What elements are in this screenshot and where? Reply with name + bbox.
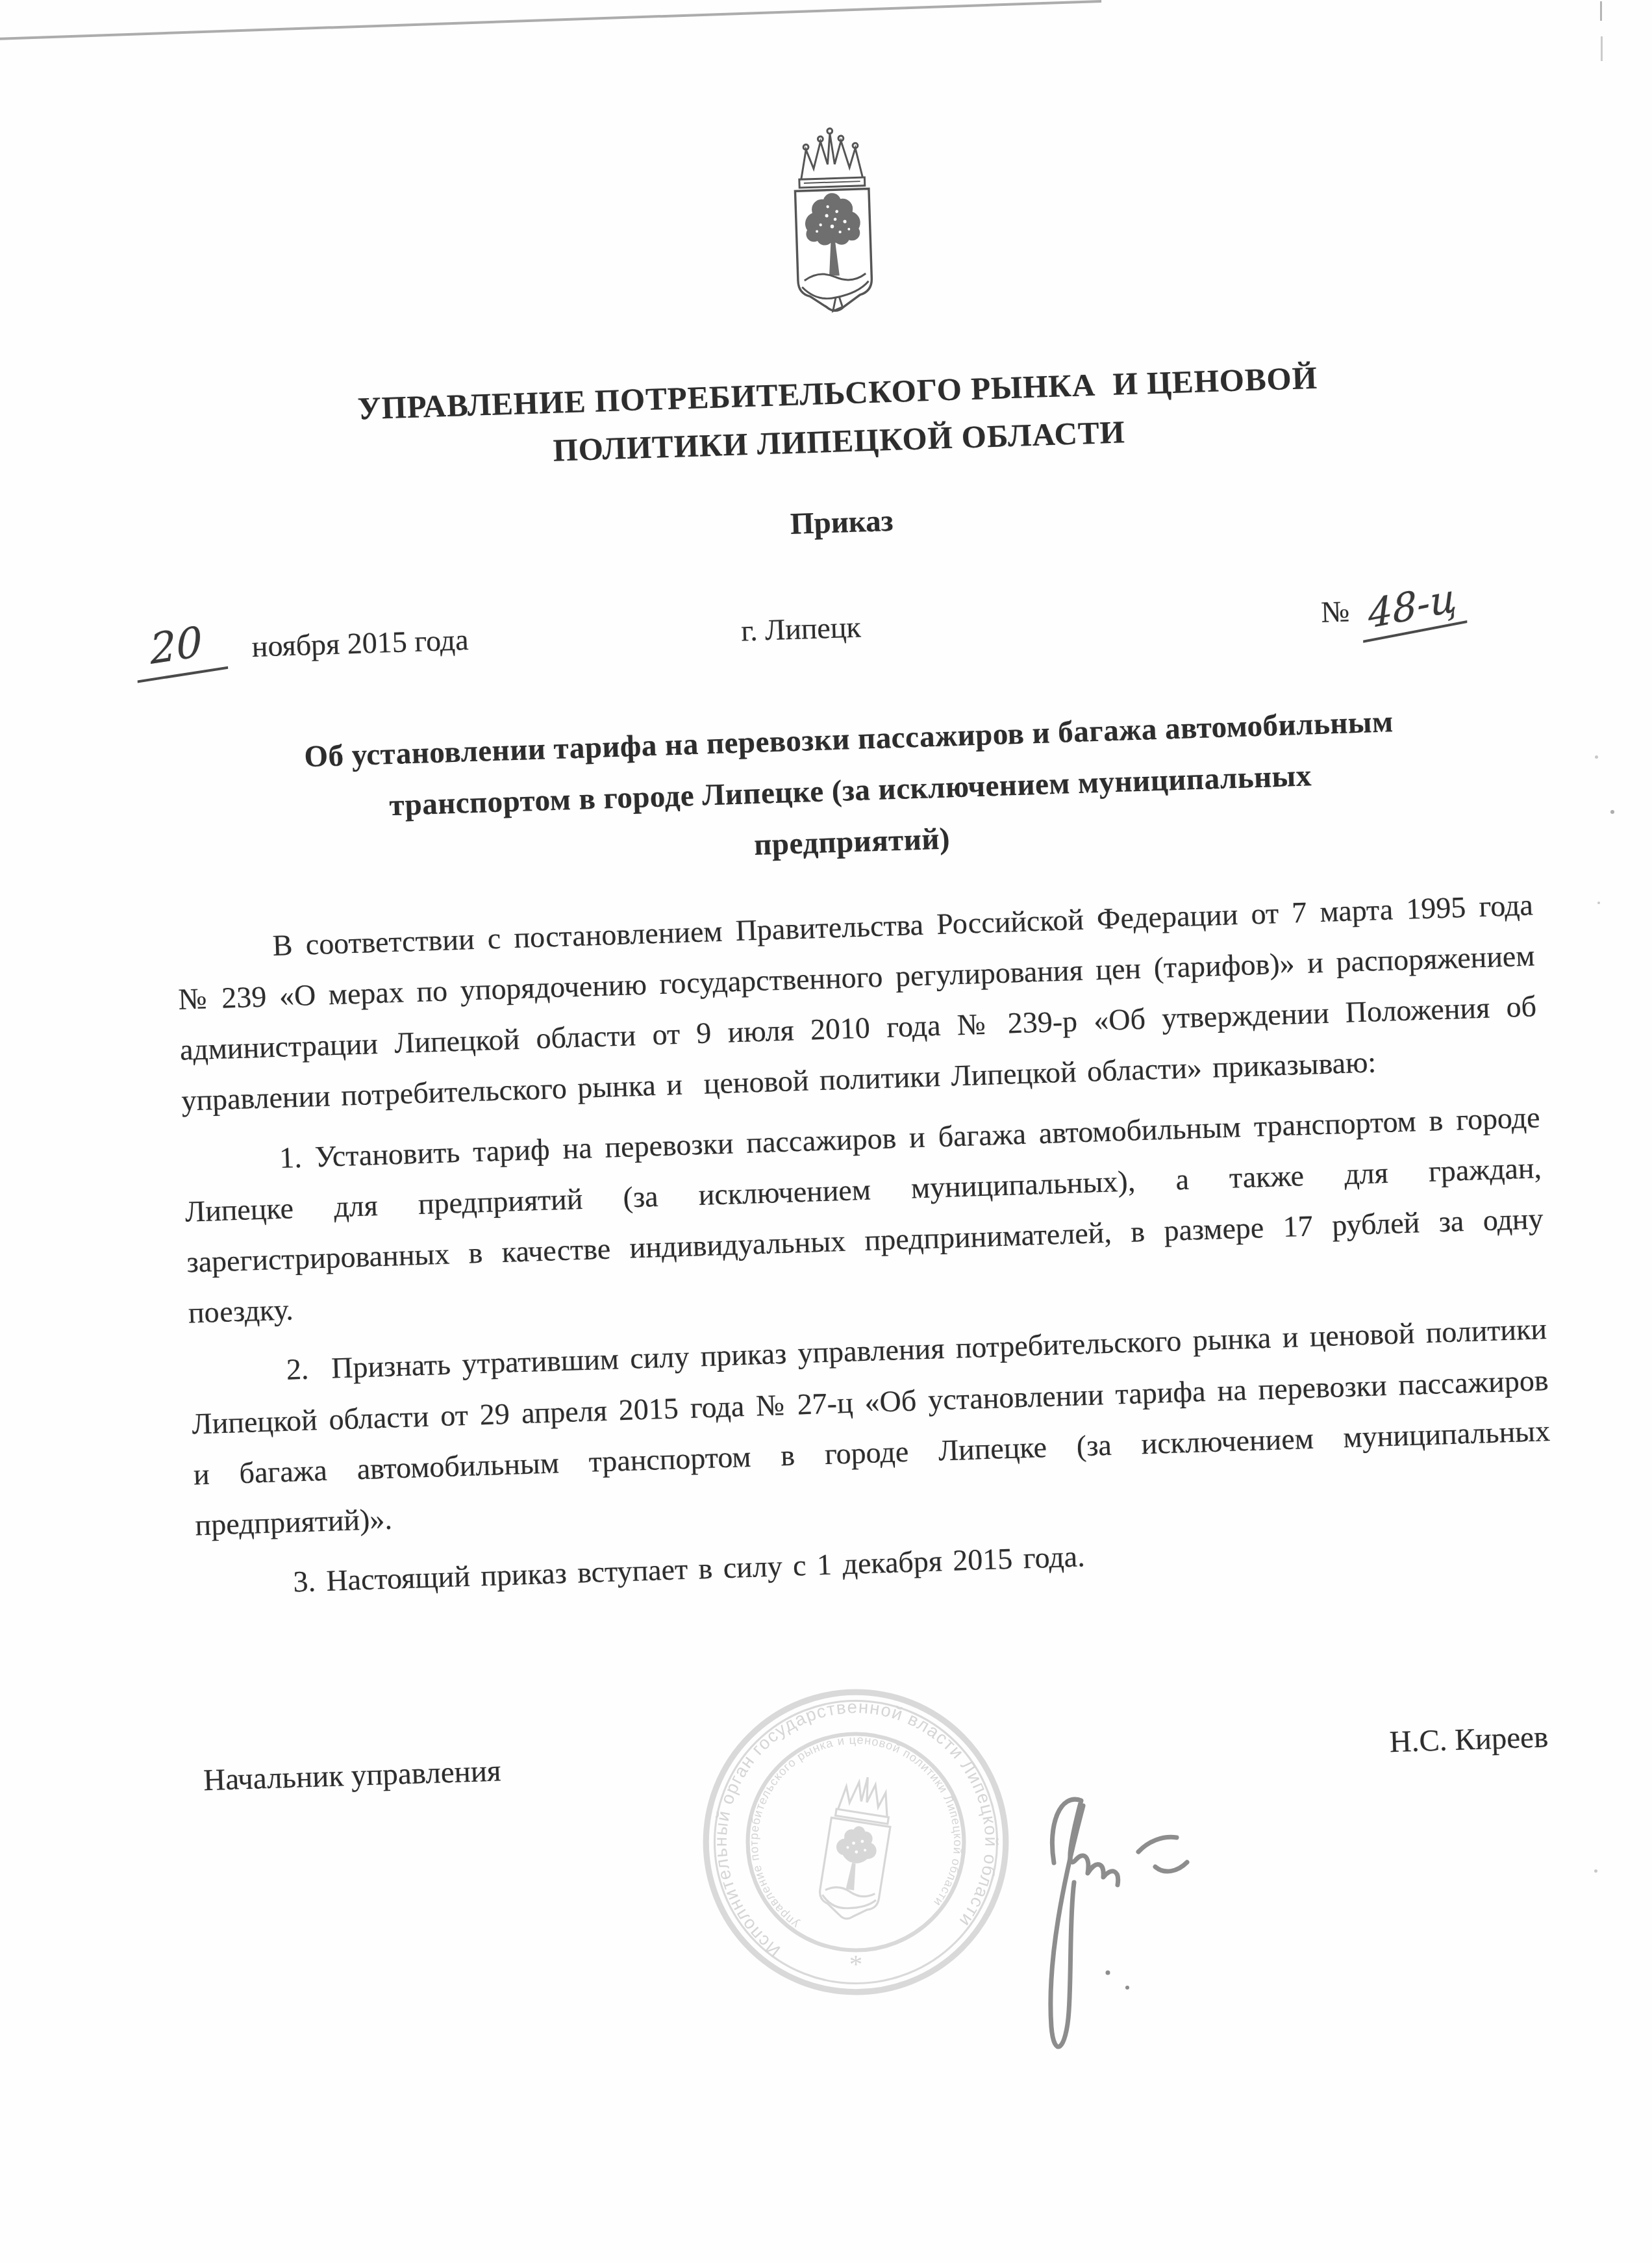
handwritten-number: 48-ц — [1360, 573, 1466, 642]
org-name: УПРАВЛЕНИЕ ПОТРЕБИТЕЛЬСКОГО РЫНКА И ЦЕНО… — [158, 348, 1518, 487]
stamp-star: * — [849, 1949, 862, 1979]
document-title: Об установлении тарифа на перевозки пасс… — [169, 692, 1531, 890]
signer-position: Начальник управления — [203, 1754, 501, 1799]
scan-edge-dash — [1601, 36, 1603, 61]
doc-type-heading: Приказ — [163, 483, 1521, 562]
paragraph-intro: В соответствии с постановлением Правител… — [176, 879, 1539, 1126]
coat-of-arms-emblem — [771, 125, 893, 322]
crown-icon — [797, 127, 864, 188]
document-content: УПРАВЛЕНИЕ ПОТРЕБИТЕЛЬСКОГО РЫНКА И ЦЕНО… — [151, 105, 1560, 1798]
scan-speck — [1594, 1869, 1597, 1873]
official-stamp: Исполнительный орган государственной вла… — [700, 1686, 1012, 1998]
paragraph-item2: 2. Признать утратившим силу приказ управ… — [190, 1304, 1553, 1550]
handwritten-day: 20 — [135, 614, 229, 683]
stamp-icon: Исполнительный орган государственной вла… — [700, 1686, 1012, 1998]
signature-icon — [992, 1746, 1213, 2084]
scan-speck — [1597, 902, 1600, 904]
paragraph-item1: 1. Установить тариф на перевозки пассажи… — [182, 1092, 1546, 1339]
date-month-year: ноября 2015 года — [251, 623, 469, 663]
signer-name: Н.С. Киреев — [1389, 1719, 1560, 1760]
number-group: № 48-ц — [860, 580, 1524, 651]
date-row: 20 ноября 2015 года г. Липецк № 48-ц — [166, 578, 1525, 676]
document-body: В соответствии с постановлением Правител… — [176, 879, 1555, 1610]
number-sign: № — [1320, 594, 1350, 628]
scan-speck — [1595, 755, 1598, 759]
stamp-center-emblem — [816, 1773, 897, 1923]
coat-of-arms — [151, 105, 1514, 344]
handwritten-signature — [992, 1746, 1213, 2084]
scanned-document-page: { "document": { "org_name_lines": [ "УПР… — [0, 0, 1652, 2263]
scan-speck — [1610, 810, 1614, 814]
city-label: г. Липецк — [740, 610, 861, 648]
scan-edge-line — [0, 0, 1101, 40]
scan-edge-dash — [1600, 1, 1602, 21]
date-group: 20 ноября 2015 года — [135, 603, 742, 677]
